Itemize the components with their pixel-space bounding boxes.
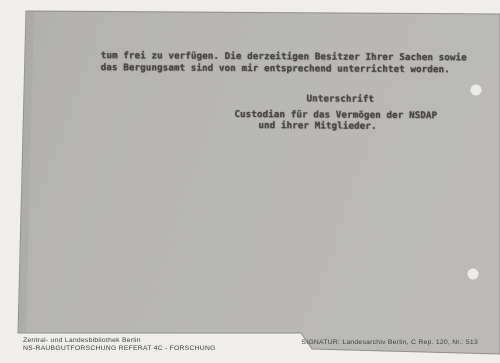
document-scan-viewer: tum frei zu verfügen. Die derzeitigen Be… [0, 0, 500, 363]
library-caption: Zentral- und Landesbibliothek Berlin NS-… [23, 337, 216, 352]
punch-hole-bottom [468, 269, 479, 280]
punch-hole-top [471, 85, 482, 96]
paper-grain-texture [0, 0, 500, 363]
library-caption-line-2: NS-RAUBGUTFORSCHUNG REFERAT 4C - FORSCHU… [23, 345, 216, 353]
scanned-paper-sheet [0, 0, 500, 363]
signatur-caption: SIGNATUR: Landesarchiv Berlin, C Rep. 12… [301, 339, 478, 347]
library-caption-line-1: Zentral- und Landesbibliothek Berlin [23, 337, 216, 345]
